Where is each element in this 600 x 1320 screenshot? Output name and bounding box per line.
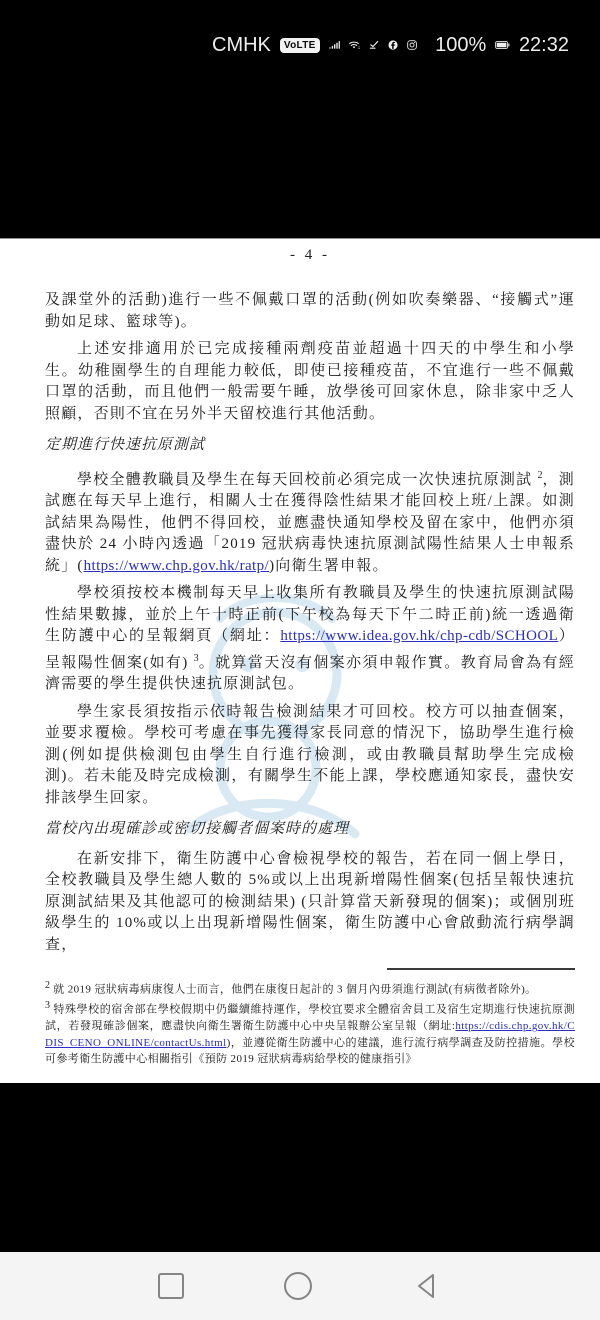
home-button-icon[interactable] bbox=[284, 1272, 312, 1300]
footnotes-block: 2 就 2019 冠狀病毒病康復人士而言，他們在康復日起計的 3 個月內毋須進行… bbox=[45, 978, 575, 1068]
status-bar: CMHK VoLTE 100% bbox=[0, 26, 600, 64]
text-run: 在新安排下，衛生防護中心會檢視學校的報告，若在同一個上學日，全校教職員及學生總人… bbox=[45, 851, 575, 953]
hyperlink[interactable]: https://www.chp.gov.hk/ratp/ bbox=[84, 558, 270, 574]
footnote: 3 特殊學校的宿舍部在學校假期中仍繼續維持運作，學校宜要求全體宿舍員工及宿生定期… bbox=[45, 998, 575, 1068]
paragraph: 學校須按校本機制每天早上收集所有教職員及學生的快速抗原測試陽性結果數據，並於上午… bbox=[45, 583, 575, 696]
carrier-label: CMHK bbox=[212, 34, 271, 57]
facebook-icon bbox=[388, 34, 398, 56]
text-run: 學校全體教職員及學生在每天回校前必須完成一次快速抗原測試 bbox=[77, 472, 537, 488]
clock-label: 22:32 bbox=[519, 34, 569, 57]
volte-badge: VoLTE bbox=[280, 38, 320, 53]
text-run: 就 2019 冠狀病毒病康復人士而言，他們在康復日起計的 3 個月內毋須進行測試… bbox=[50, 984, 537, 996]
task-complete-check-icon bbox=[369, 35, 379, 55]
section-heading: 當校內出現確診或密切接觸者個案時的處理 bbox=[45, 819, 575, 841]
paragraph: 及課堂外的活動)進行一些不佩戴口罩的活動(例如吹奏樂器、“接觸式”運動如足球、籃… bbox=[45, 290, 575, 333]
battery-icon bbox=[495, 35, 510, 55]
hyperlink[interactable]: https://www.idea.gov.hk/chp-cdb/SCHOOL bbox=[280, 628, 558, 644]
paragraph: 學生家長須按指示依時報告檢測結果才可回校。校方可以抽查個案，並要求覆檢。學校可考… bbox=[45, 702, 575, 810]
section-heading: 定期進行快速抗原測試 bbox=[45, 435, 575, 457]
paragraph: 在新安排下，衛生防護中心會檢視學校的報告，若在同一個上學日，全校教職員及學生總人… bbox=[45, 849, 575, 957]
page-content: - 4 - 及課堂外的活動)進行一些不佩戴口罩的活動(例如吹奏樂器、“接觸式”運… bbox=[0, 239, 600, 1068]
text-run: 上述安排適用於已完成接種兩劑疫苗並超過十四天的中學生和小學生。幼稚園學生的自理能… bbox=[45, 341, 575, 422]
document-body: 及課堂外的活動)進行一些不佩戴口罩的活動(例如吹奏樂器、“接觸式”運動如足球、籃… bbox=[45, 290, 575, 956]
back-button-icon[interactable] bbox=[412, 1271, 442, 1301]
android-navigation-bar bbox=[0, 1252, 600, 1320]
phone-screen: CMHK VoLTE 100% bbox=[0, 0, 600, 1320]
paragraph: 上述安排適用於已完成接種兩劑疫苗並超過十四天的中學生和小學生。幼稚園學生的自理能… bbox=[45, 339, 575, 425]
text-run: )向衛生署申報。 bbox=[269, 558, 389, 574]
instagram-icon bbox=[407, 34, 417, 56]
document-page: - 4 - 及課堂外的活動)進行一些不佩戴口罩的活動(例如吹奏樂器、“接觸式”運… bbox=[0, 238, 600, 1083]
paragraph: 學校全體教職員及學生在每天回校前必須完成一次快速抗原測試 2，測試應在每天早上進… bbox=[45, 465, 575, 578]
text-run: 學生家長須按指示依時報告檢測結果才可回校。校方可以抽查個案，並要求覆檢。學校可考… bbox=[45, 704, 575, 806]
footnote-separator bbox=[387, 968, 575, 970]
signal-strength-icon bbox=[329, 35, 340, 55]
footnote: 2 就 2019 冠狀病毒病康復人士而言，他們在康復日起計的 3 個月內毋須進行… bbox=[45, 978, 575, 998]
recents-button-icon[interactable] bbox=[158, 1273, 184, 1299]
battery-percent-label: 100% bbox=[435, 34, 486, 57]
text-run: 及課堂外的活動)進行一些不佩戴口罩的活動(例如吹奏樂器、“接觸式”運動如足球、籃… bbox=[45, 292, 575, 330]
text-run: 定期進行快速抗原測試 bbox=[45, 437, 205, 453]
page-number: - 4 - bbox=[45, 247, 575, 264]
wifi-icon bbox=[349, 35, 360, 55]
text-run: 當校內出現確診或密切接觸者個案時的處理 bbox=[45, 821, 349, 837]
